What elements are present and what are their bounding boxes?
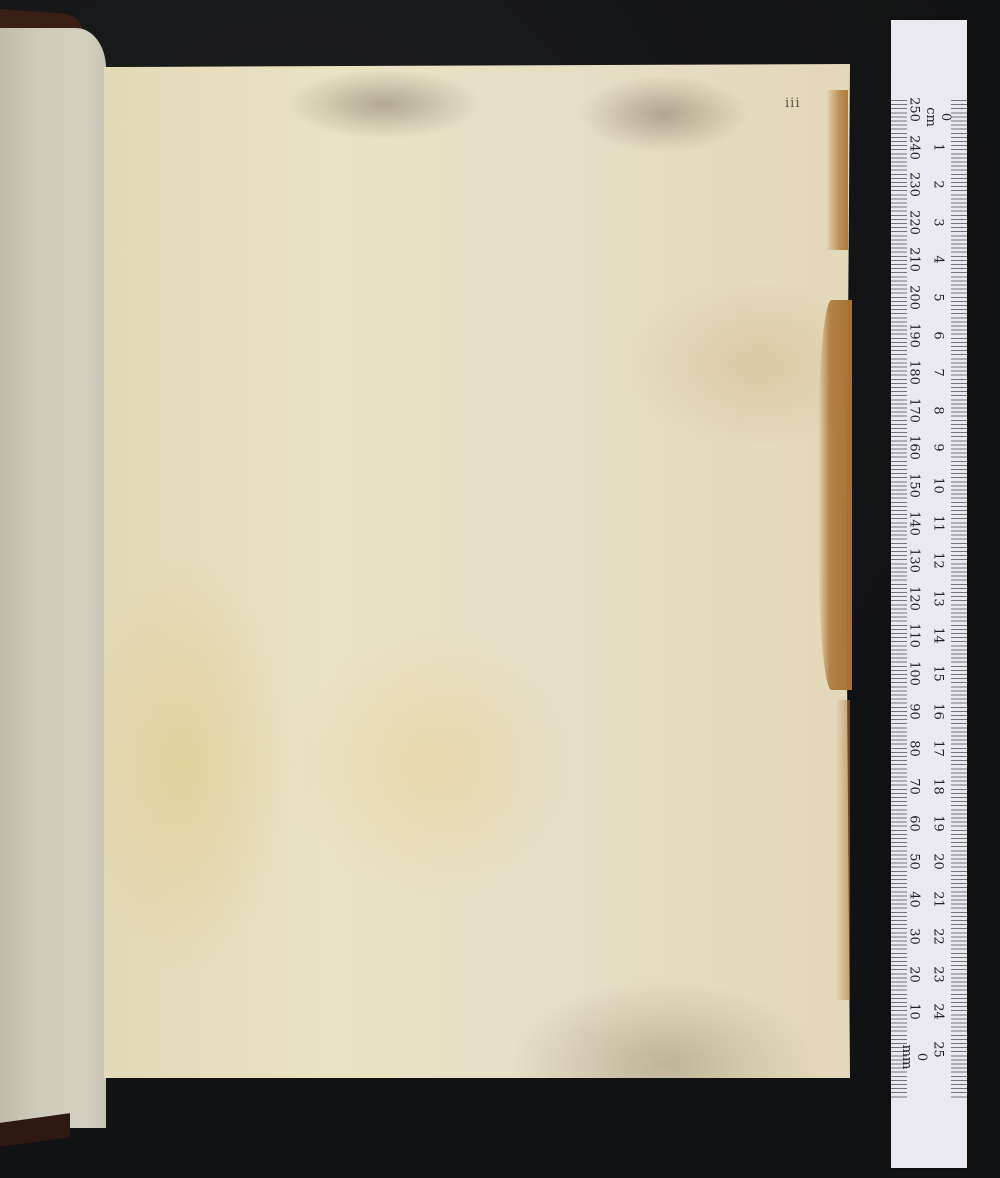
mm-label: 220	[907, 207, 922, 237]
mm-label: 0 mm	[899, 1042, 929, 1072]
mm-label: 70	[907, 771, 922, 801]
cm-label: 24	[931, 997, 946, 1027]
mm-label: 130	[907, 546, 922, 576]
mm-label: 110	[907, 621, 922, 651]
cm-label: 17	[931, 734, 946, 764]
cm-label: 16	[931, 696, 946, 726]
edge-stain-top	[826, 90, 848, 250]
cm-label: 6	[931, 320, 946, 350]
mm-label: 150	[907, 471, 922, 501]
cm-label: 9	[931, 433, 946, 463]
cm-label: 2	[931, 170, 946, 200]
cm-label: 19	[931, 809, 946, 839]
mm-label: 190	[907, 320, 922, 350]
mm-label: 100	[907, 659, 922, 689]
cm-label: 12	[931, 546, 946, 576]
edge-stain-middle	[818, 300, 852, 690]
cm-label: 18	[931, 771, 946, 801]
cm-label: 4	[931, 245, 946, 275]
cm-label: 15	[931, 659, 946, 689]
mm-label: 60	[907, 809, 922, 839]
folio-number: iii	[785, 96, 800, 111]
cm-label: 7	[931, 358, 946, 388]
cm-label: 3	[931, 207, 946, 237]
parchment-folio	[104, 64, 850, 1078]
mm-label: 30	[907, 922, 922, 952]
scale-ruler: 0 cm123456789101112131415161718192021222…	[891, 20, 967, 1168]
cm-label: 11	[931, 508, 946, 538]
mm-label: 160	[907, 433, 922, 463]
cm-label: 25	[931, 1035, 946, 1065]
mm-ticks	[891, 100, 907, 1100]
mm-label: 240	[907, 132, 922, 162]
cm-label: 22	[931, 922, 946, 952]
cm-label: 8	[931, 395, 946, 425]
mm-label: 50	[907, 847, 922, 877]
mm-label: 80	[907, 734, 922, 764]
cm-label: 0 cm	[923, 102, 953, 132]
mm-label: 120	[907, 583, 922, 613]
cm-label: 10	[931, 471, 946, 501]
facing-page	[0, 28, 106, 1128]
mm-label: 20	[907, 959, 922, 989]
mm-label: 10	[907, 997, 922, 1027]
cm-label: 20	[931, 847, 946, 877]
edge-stain-bottom	[836, 700, 850, 1000]
mm-label: 210	[907, 245, 922, 275]
cm-label: 13	[931, 583, 946, 613]
mm-label: 170	[907, 395, 922, 425]
mm-label: 140	[907, 508, 922, 538]
cm-label: 23	[931, 959, 946, 989]
mm-label: 230	[907, 170, 922, 200]
mm-label: 200	[907, 283, 922, 313]
mm-label: 250	[907, 95, 922, 125]
cm-label: 1	[931, 132, 946, 162]
cm-label: 5	[931, 283, 946, 313]
cm-ticks	[951, 100, 967, 1100]
mm-label: 40	[907, 884, 922, 914]
mm-label: 180	[907, 358, 922, 388]
mm-label: 90	[907, 696, 922, 726]
cm-label: 21	[931, 884, 946, 914]
cm-label: 14	[931, 621, 946, 651]
